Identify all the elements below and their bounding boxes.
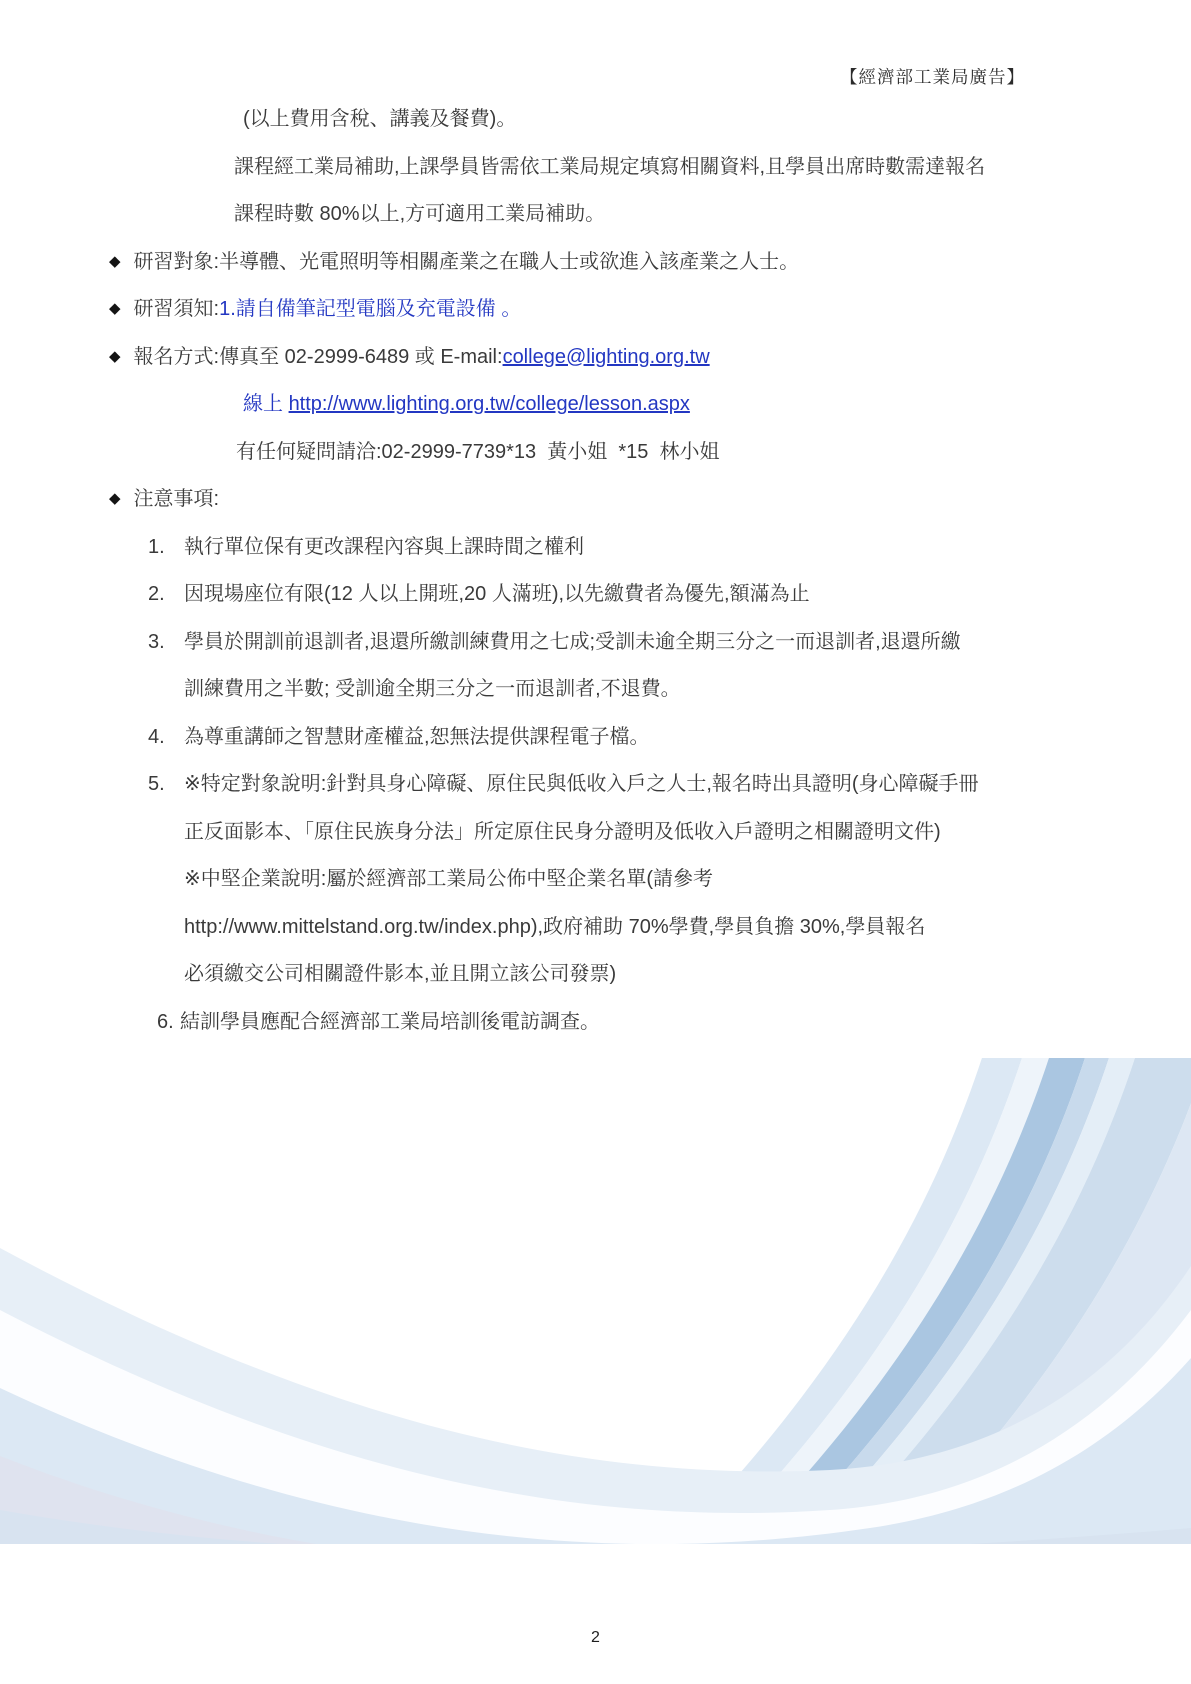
note-item-2: 2.因現場座位有限(12 人以上開班,20 人滿班),以先繳費者為優先,額滿為止 [0,571,1191,619]
note-number: 4. [148,714,184,762]
course-url-link[interactable]: http://www.lighting.org.tw/college/lesso… [289,393,690,415]
note-text: 為尊重講師之智慧財產權益,恕無法提供課程電子檔。 [184,726,650,748]
note-number: 5. [148,761,184,809]
notice-highlight-text: 1.請自備筆記型電腦及充電設備 。 [219,298,521,320]
note-text: 結訓學員應配合經濟部工業局培訓後電訪調查。 [180,1011,600,1033]
note-number: 1. [148,524,184,572]
registration-line: ◆報名方式:傳真至 02-2999-6489 或 E-mail:college@… [0,334,1191,382]
diamond-bullet-icon: ◆ [109,238,121,286]
note-number: 6. [157,999,180,1047]
note-item-5-continuation-1: 正反面影本、「原住民族身分法」所定原住民身分證明及低收入戶證明之相關證明文件) [0,809,1191,857]
attention-label: 注意事項: [134,488,220,510]
registration-label: 報名方式: [134,346,220,368]
note-item-5-continuation-2: ※中堅企業說明:屬於經濟部工業局公佈中堅企業名單(請參考 [0,856,1191,904]
email-link[interactable]: college@lighting.org.tw [503,346,710,368]
contact-line: 有任何疑問請洽:02-2999-7739*13 黃小姐 *15 林小姐 [0,429,1191,477]
page-number: 2 [0,1629,1191,1647]
diamond-bullet-icon: ◆ [109,285,121,333]
registration-text: 傳真至 02-2999-6489 或 E-mail: [219,346,502,368]
note-item-5-continuation-3: http://www.mittelstand.org.tw/index.php)… [0,904,1191,952]
footer-wave-decoration [0,1058,1191,1544]
note-item-3: 3.學員於開訓前退訓者,退還所繳訓練費用之七成;受訓未逾全期三分之一而退訓者,退… [0,619,1191,667]
agency-ad-header: 【經濟部工業局廣告】 [840,64,1025,89]
document-page: 【經濟部工業局廣告】 (以上費用含稅、講義及餐費)。 課程經工業局補助,上課學員… [0,0,1191,1684]
note-number: 2. [148,571,184,619]
subsidy-line-2: 課程時數 80%以上,方可適用工業局補助。 [0,191,1191,239]
online-registration-line: 線上 http://www.lighting.org.tw/college/le… [0,381,1191,429]
note-text: 學員於開訓前退訓者,退還所繳訓練費用之七成;受訓未逾全期三分之一而退訓者,退還所… [184,631,961,653]
note-text: ※特定對象說明:針對具身心障礙、原住民與低收入戶之人士,報名時出具證明(身心障礙… [184,773,979,795]
online-prefix: 線上 [243,393,289,415]
note-text: 因現場座位有限(12 人以上開班,20 人滿班),以先繳費者為優先,額滿為止 [184,583,810,605]
target-text: 半導體、光電照明等相關產業之在職人士或欲進入該產業之人士。 [219,251,799,273]
note-item-3-continuation: 訓練費用之半數; 受訓逾全期三分之一而退訓者,不退費。 [0,666,1191,714]
subsidy-line-1: 課程經工業局補助,上課學員皆需依工業局規定填寫相關資料,且學員出席時數需達報名 [0,144,1191,192]
target-label: 研習對象: [134,251,220,273]
diamond-bullet-icon: ◆ [109,475,121,523]
note-item-1: 1.執行單位保有更改課程內容與上課時間之權利 [0,524,1191,572]
note-item-6: 6.結訓學員應配合經濟部工業局培訓後電訪調查。 [0,999,1191,1047]
diamond-bullet-icon: ◆ [109,333,121,381]
note-item-5: 5.※特定對象說明:針對具身心障礙、原住民與低收入戶之人士,報名時出具證明(身心… [0,761,1191,809]
note-text: 執行單位保有更改課程內容與上課時間之權利 [184,536,584,558]
note-item-4: 4.為尊重講師之智慧財產權益,恕無法提供課程電子檔。 [0,714,1191,762]
note-item-5-continuation-4: 必須繳交公司相關證件影本,並且開立該公司發票) [0,951,1191,999]
study-notice-line: ◆研習須知:1.請自備筆記型電腦及充電設備 。 [0,286,1191,334]
target-audience-line: ◆研習對象:半導體、光電照明等相關產業之在職人士或欲進入該產業之人士。 [0,239,1191,287]
note-number: 3. [148,619,184,667]
notice-label: 研習須知: [134,298,220,320]
fee-note-line: (以上費用含稅、講義及餐費)。 [0,96,1191,144]
document-body: (以上費用含稅、講義及餐費)。 課程經工業局補助,上課學員皆需依工業局規定填寫相… [0,96,1191,1046]
attention-heading-line: ◆注意事項: [0,476,1191,524]
